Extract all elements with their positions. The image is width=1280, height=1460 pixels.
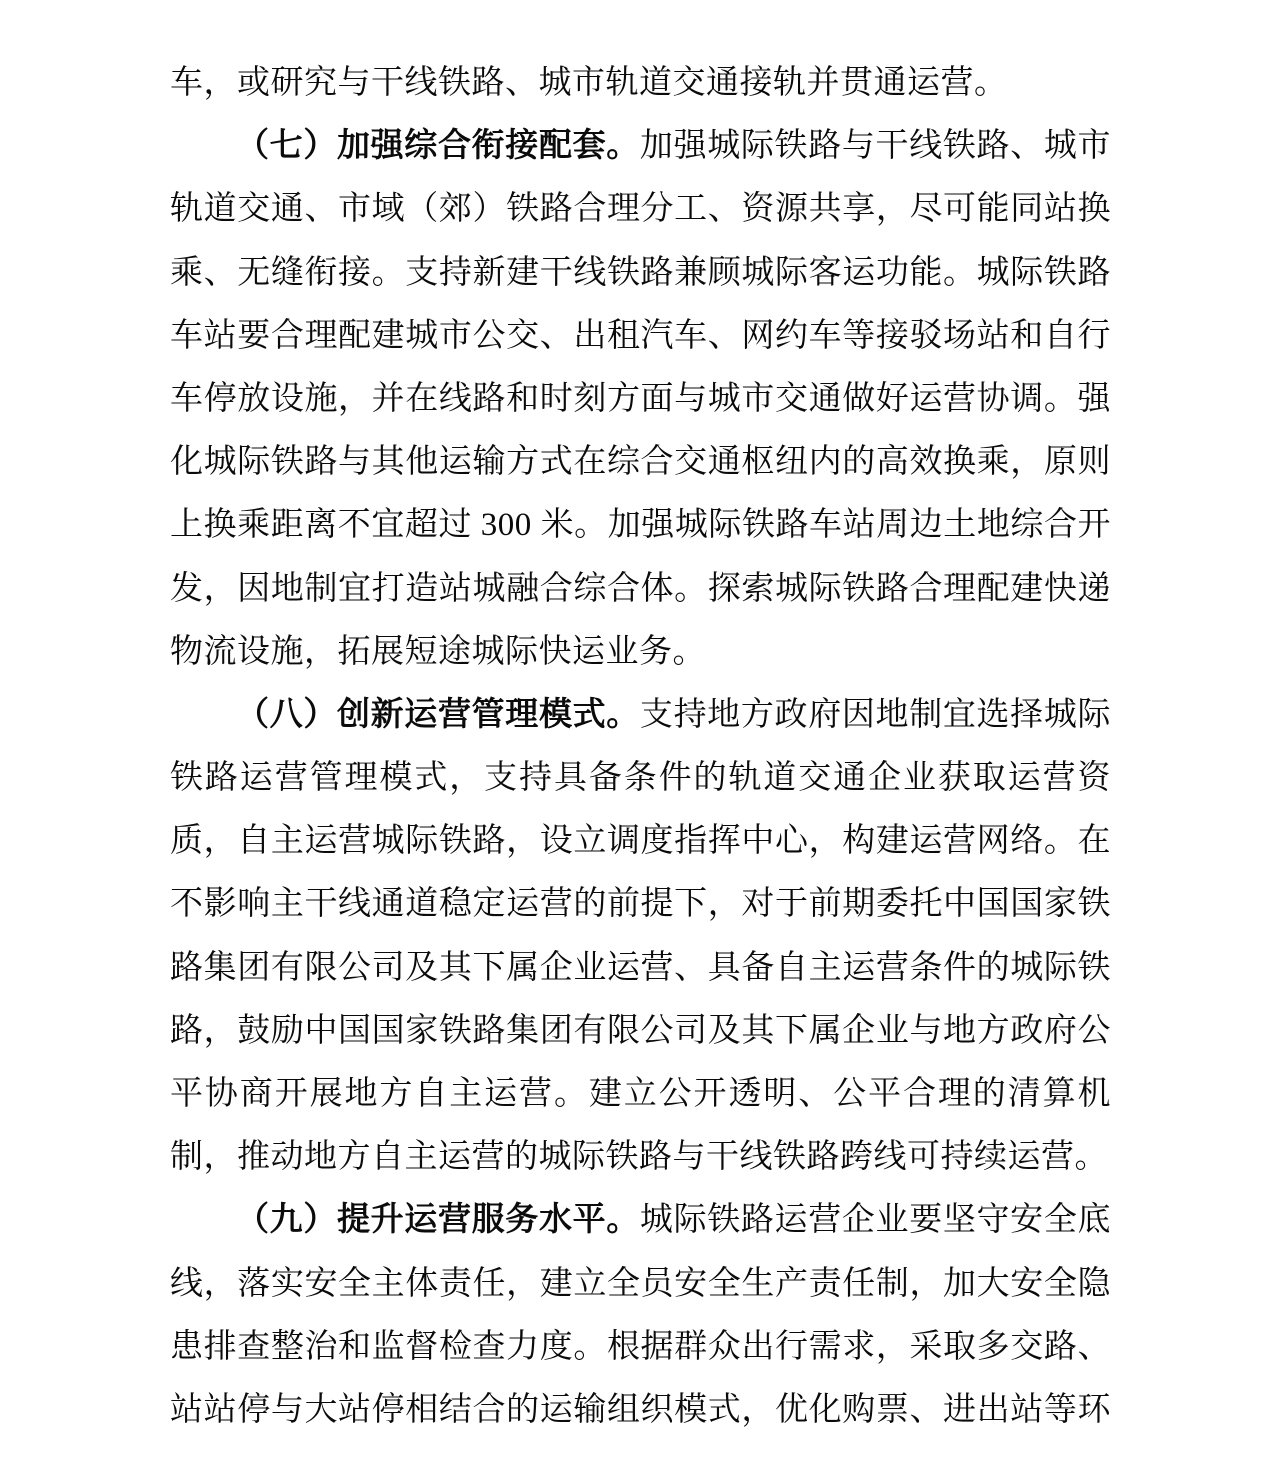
text-line: 车，或研究与干线铁路、城市轨道交通接轨并贯通运营。	[170, 52, 1111, 115]
paragraph-heading: （七）加强综合衔接配套。	[236, 128, 640, 164]
body-text: 物流设施，拓展短途城际快运业务。	[170, 634, 706, 670]
paragraph-heading: （九）提升运营服务水平。	[236, 1202, 640, 1238]
body-text: 车停放设施，并在线路和时刻方面与城市交通做好运营协调。强	[170, 381, 1111, 417]
text-line: （七）加强综合衔接配套。加强城际铁路与干线铁路、城市	[170, 115, 1111, 178]
body-text: 站站停与大站停相结合的运输组织模式，优化购票、进出站等环	[170, 1392, 1111, 1428]
body-text: 平协商开展地方自主运营。建立公开透明、公平合理的清算机	[170, 1076, 1111, 1112]
text-line: 路，鼓励中国国家铁路集团有限公司及其下属企业与地方政府公	[170, 1000, 1111, 1063]
text-line: 化城际铁路与其他运输方式在综合交通枢纽内的高效换乘，原则	[170, 431, 1111, 494]
body-text: 路，鼓励中国国家铁路集团有限公司及其下属企业与地方政府公	[170, 1013, 1111, 1049]
text-line: 站站停与大站停相结合的运输组织模式，优化购票、进出站等环	[170, 1379, 1111, 1442]
body-text: 城际铁路运营企业要坚守安全底	[640, 1202, 1111, 1238]
text-line: 铁路运营管理模式，支持具备条件的轨道交通企业获取运营资	[170, 747, 1111, 810]
text-line: 制，推动地方自主运营的城际铁路与干线铁路跨线可持续运营。	[170, 1126, 1111, 1189]
body-text: 支持地方政府因地制宜选择城际	[640, 697, 1111, 733]
text-line: 线，落实安全主体责任，建立全员安全生产责任制，加大安全隐	[170, 1253, 1111, 1316]
text-line: 轨道交通、市域（郊）铁路合理分工、资源共享，尽可能同站换	[170, 178, 1111, 241]
text-line: 不影响主干线通道稳定运营的前提下，对于前期委托中国国家铁	[170, 873, 1111, 936]
body-text: 质，自主运营城际铁路，设立调度指挥中心，构建运营网络。在	[170, 823, 1111, 859]
text-line: 车停放设施，并在线路和时刻方面与城市交通做好运营协调。强	[170, 368, 1111, 431]
body-text: 不影响主干线通道稳定运营的前提下，对于前期委托中国国家铁	[170, 886, 1111, 922]
body-text: 乘、无缝衔接。支持新建干线铁路兼顾城际客运功能。城际铁路	[170, 255, 1111, 291]
text-line: （八）创新运营管理模式。支持地方政府因地制宜选择城际	[170, 684, 1111, 747]
body-text: 患排查整治和监督检查力度。根据群众出行需求，采取多交路、	[170, 1329, 1111, 1365]
body-text: 路集团有限公司及其下属企业运营、具备自主运营条件的城际铁	[170, 950, 1111, 986]
body-text: 加强城际铁路与干线铁路、城市	[640, 128, 1111, 164]
text-line: 平协商开展地方自主运营。建立公开透明、公平合理的清算机	[170, 1063, 1111, 1126]
text-line: （九）提升运营服务水平。城际铁路运营企业要坚守安全底	[170, 1189, 1111, 1252]
paragraph-heading: （八）创新运营管理模式。	[236, 697, 640, 733]
body-text: 铁路运营管理模式，支持具备条件的轨道交通企业获取运营资	[170, 760, 1111, 796]
text-line: 路集团有限公司及其下属企业运营、具备自主运营条件的城际铁	[170, 937, 1111, 1000]
document-body: 车，或研究与干线铁路、城市轨道交通接轨并贯通运营。（七）加强综合衔接配套。加强城…	[170, 52, 1111, 1442]
body-text: 车站要合理配建城市公交、出租汽车、网约车等接驳场站和自行	[170, 318, 1111, 354]
text-line: 乘、无缝衔接。支持新建干线铁路兼顾城际客运功能。城际铁路	[170, 242, 1111, 305]
body-text: 上换乘距离不宜超过 300 米。加强城际铁路车站周边土地综合开	[170, 507, 1111, 543]
text-line: 上换乘距离不宜超过 300 米。加强城际铁路车站周边土地综合开	[170, 494, 1111, 557]
body-text: 制，推动地方自主运营的城际铁路与干线铁路跨线可持续运营。	[170, 1139, 1108, 1175]
text-line: 质，自主运营城际铁路，设立调度指挥中心，构建运营网络。在	[170, 810, 1111, 873]
body-text: 线，落实安全主体责任，建立全员安全生产责任制，加大安全隐	[170, 1266, 1111, 1302]
text-line: 物流设施，拓展短途城际快运业务。	[170, 621, 1111, 684]
body-text: 化城际铁路与其他运输方式在综合交通枢纽内的高效换乘，原则	[170, 444, 1111, 480]
body-text: 车，或研究与干线铁路、城市轨道交通接轨并贯通运营。	[170, 65, 1008, 101]
text-line: 发，因地制宜打造站城融合综合体。探索城际铁路合理配建快递	[170, 558, 1111, 621]
body-text: 轨道交通、市域（郊）铁路合理分工、资源共享，尽可能同站换	[170, 191, 1111, 227]
text-line: 车站要合理配建城市公交、出租汽车、网约车等接驳场站和自行	[170, 305, 1111, 368]
document-page: 车，或研究与干线铁路、城市轨道交通接轨并贯通运营。（七）加强综合衔接配套。加强城…	[0, 0, 1280, 1460]
body-text: 发，因地制宜打造站城融合综合体。探索城际铁路合理配建快递	[170, 571, 1111, 607]
text-line: 患排查整治和监督检查力度。根据群众出行需求，采取多交路、	[170, 1316, 1111, 1379]
